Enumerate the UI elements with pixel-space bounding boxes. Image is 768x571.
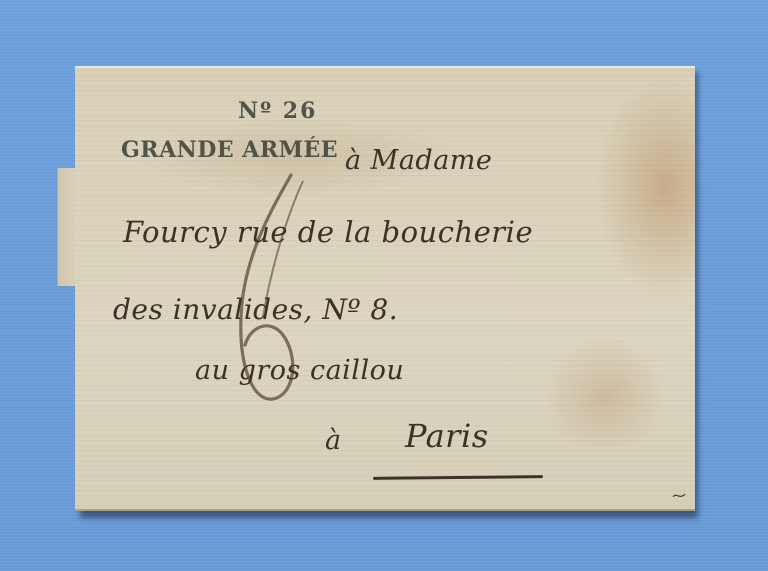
address-street-number: des invalides, Nº 8. (113, 293, 398, 326)
address-salutation: à Madame (345, 145, 492, 176)
corner-pencil-mark (671, 491, 689, 501)
address-to: à (325, 425, 342, 456)
address-city: Paris (405, 417, 489, 455)
city-underline (373, 475, 543, 480)
address-district: au gros caillou (195, 355, 404, 386)
folded-letter: Nº 26 GRANDE ARMÉE 6 à Madame Fourcy rue… (75, 66, 695, 511)
postmark-number: Nº 26 (238, 98, 317, 124)
postmark-grande-armee: GRANDE ARMÉE (121, 137, 338, 163)
address-name-street: Fourcy rue de la boucherie (123, 215, 533, 249)
postage-due-value: 6 (75, 67, 76, 68)
